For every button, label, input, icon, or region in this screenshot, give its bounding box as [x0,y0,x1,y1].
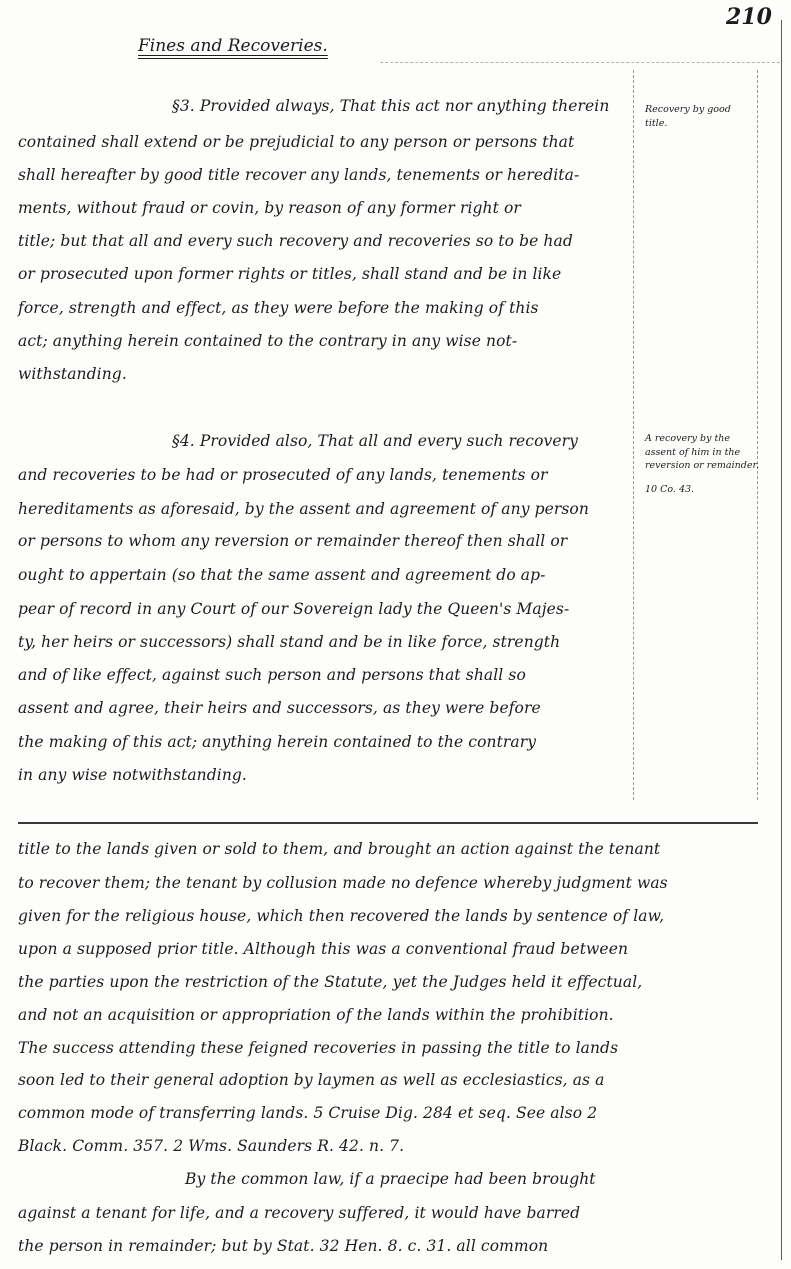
text-line: title; but that all and every such recov… [18,232,573,250]
text-line: assent and agree, their heirs and succes… [18,699,541,717]
page-edge-rule [781,20,782,1260]
text-line: §4. Provided also, That all and every su… [172,432,578,450]
text-line: contained shall extend or be prejudicial… [18,133,574,151]
text-line: pear of record in any Court of our Sover… [18,600,569,618]
text-line: and recoveries to be had or prosecuted o… [18,466,548,484]
page-number: 210 [726,4,772,30]
margin-rule-left [633,70,634,800]
margin-note: title. [645,118,667,129]
text-line: hereditaments as aforesaid, by the assen… [18,500,589,518]
margin-rule-right [757,70,758,800]
text-line: Black. Comm. 357. 2 Wms. Saunders R. 42.… [18,1137,404,1155]
text-line: the person in remainder; but by Stat. 32… [18,1237,548,1255]
text-line: §3. Provided always, That this act nor a… [172,97,609,115]
manuscript-page: 210 Fines and Recoveries. §3. Provided a… [0,0,791,1269]
text-line: and not an acquisition or appropriation … [18,1006,614,1024]
text-line: ments, without fraud or covin, by reason… [18,199,521,217]
text-line: By the common law, if a praecipe had bee… [185,1170,596,1188]
text-line: ty, her heirs or successors) shall stand… [18,633,560,651]
margin-note: assent of him in the [645,447,740,458]
text-line: given for the religious house, which the… [18,907,664,925]
text-line: title to the lands given or sold to them… [18,840,660,858]
margin-note: A recovery by the [645,433,730,444]
section-divider [18,822,758,824]
margin-note: 10 Co. 43. [645,484,694,495]
text-line: soon led to their general adoption by la… [18,1071,604,1089]
text-line: against a tenant for life, and a recover… [18,1204,580,1222]
text-line: or persons to whom any reversion or rema… [18,532,567,550]
text-line: ought to appertain (so that the same ass… [18,566,545,584]
page-title: Fines and Recoveries. [138,36,328,56]
text-line: in any wise notwithstanding. [18,766,247,784]
margin-note: reversion or remainder. [645,460,759,471]
text-line: common mode of transferring lands. 5 Cru… [18,1104,597,1122]
text-line: The success attending these feigned reco… [18,1039,618,1057]
text-line: or prosecuted upon former rights or titl… [18,265,561,283]
text-line: and of like effect, against such person … [18,666,526,684]
text-line: the making of this act; anything herein … [18,733,536,751]
text-line: shall hereafter by good title recover an… [18,166,579,184]
text-line: to recover them; the tenant by collusion… [18,874,668,892]
header-rule [380,62,780,63]
text-line: force, strength and effect, as they were… [18,299,539,317]
text-line: the parties upon the restriction of the … [18,973,642,991]
text-line: upon a supposed prior title. Although th… [18,940,628,958]
margin-note: Recovery by good [645,104,731,115]
text-line: act; anything herein contained to the co… [18,332,517,350]
text-line: withstanding. [18,365,127,383]
